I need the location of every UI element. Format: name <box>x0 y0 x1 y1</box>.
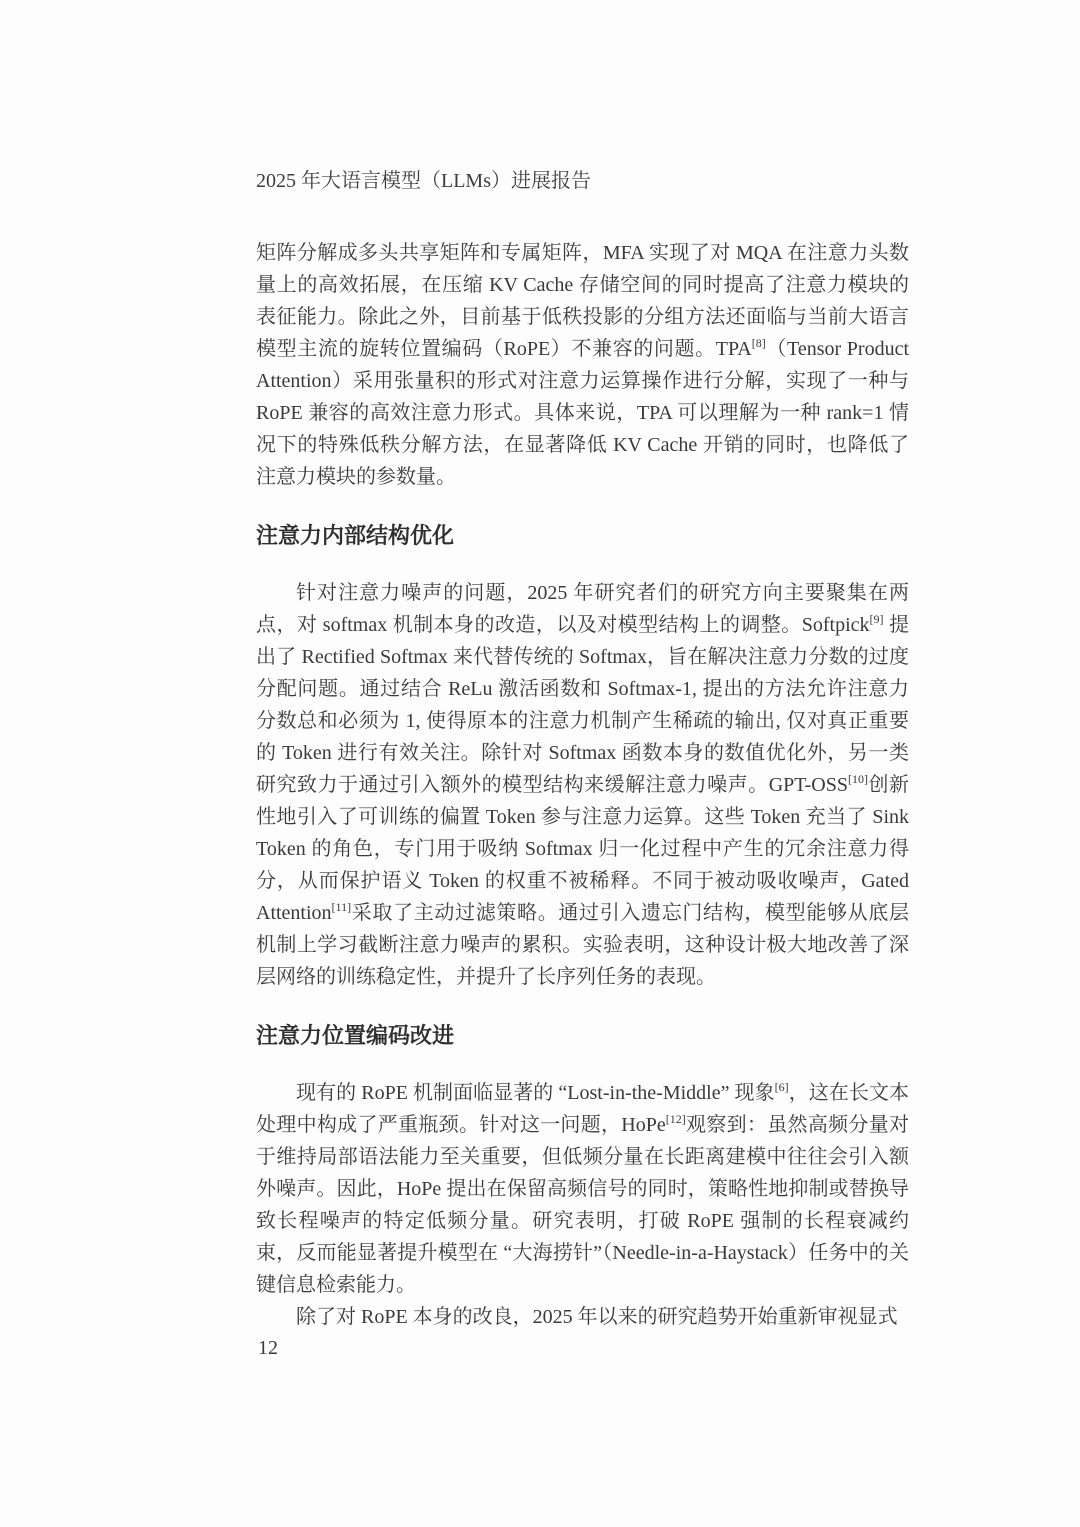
paragraph: 除了对 RoPE 本身的改良，2025 年以来的研究趋势开始重新审视显式 <box>256 1301 909 1333</box>
paragraph: 矩阵分解成多头共享矩阵和专属矩阵，MFA 实现了对 MQA 在注意力头数量上的高… <box>256 237 909 493</box>
section-heading: 注意力内部结构优化 <box>256 521 909 551</box>
citation-superscript: [10] <box>848 772 868 786</box>
paragraph: 针对注意力噪声的问题，2025 年研究者们的研究方向主要聚集在两点，对 soft… <box>256 577 909 993</box>
section-heading: 注意力位置编码改进 <box>256 1021 909 1051</box>
citation-superscript: [8] <box>752 336 766 350</box>
running-header: 2025 年大语言模型（LLMs）进展报告 <box>256 165 909 197</box>
document-content: 2025 年大语言模型（LLMs）进展报告 矩阵分解成多头共享矩阵和专属矩阵，M… <box>256 165 909 1333</box>
text-segment: （Tensor Product Attention）采用张量积的形式对注意力运算… <box>256 338 909 488</box>
citation-superscript: [12] <box>666 1112 686 1126</box>
text-segment: 除了对 RoPE 本身的改良，2025 年以来的研究趋势开始重新审视显式 <box>296 1306 898 1328</box>
text-segment: 针对注意力噪声的问题，2025 年研究者们的研究方向主要聚集在两点，对 soft… <box>256 582 909 636</box>
text-segment: 现有的 RoPE 机制面临显著的 “Lost-in-the-Middle” 现象 <box>296 1082 775 1104</box>
document-body: 矩阵分解成多头共享矩阵和专属矩阵，MFA 实现了对 MQA 在注意力头数量上的高… <box>256 237 909 1333</box>
citation-superscript: [9] <box>870 612 884 626</box>
page-number: 12 <box>258 1334 278 1362</box>
citation-superscript: [11] <box>332 900 352 914</box>
document-page: 2025 年大语言模型（LLMs）进展报告 矩阵分解成多头共享矩阵和专属矩阵，M… <box>0 0 1080 1527</box>
text-segment: 观察到：虽然高频分量对于维持局部语法能力至关重要，但低频分量在长距离建模中往往会… <box>256 1114 909 1296</box>
paragraph: 现有的 RoPE 机制面临显著的 “Lost-in-the-Middle” 现象… <box>256 1077 909 1301</box>
text-segment: 提出了 Rectified Softmax 来代替传统的 Softmax，旨在解… <box>256 614 909 796</box>
citation-superscript: [6] <box>775 1080 789 1094</box>
text-segment: 采取了主动过滤策略。通过引入遗忘门结构，模型能够从底层机制上学习截断注意力噪声的… <box>256 902 909 988</box>
